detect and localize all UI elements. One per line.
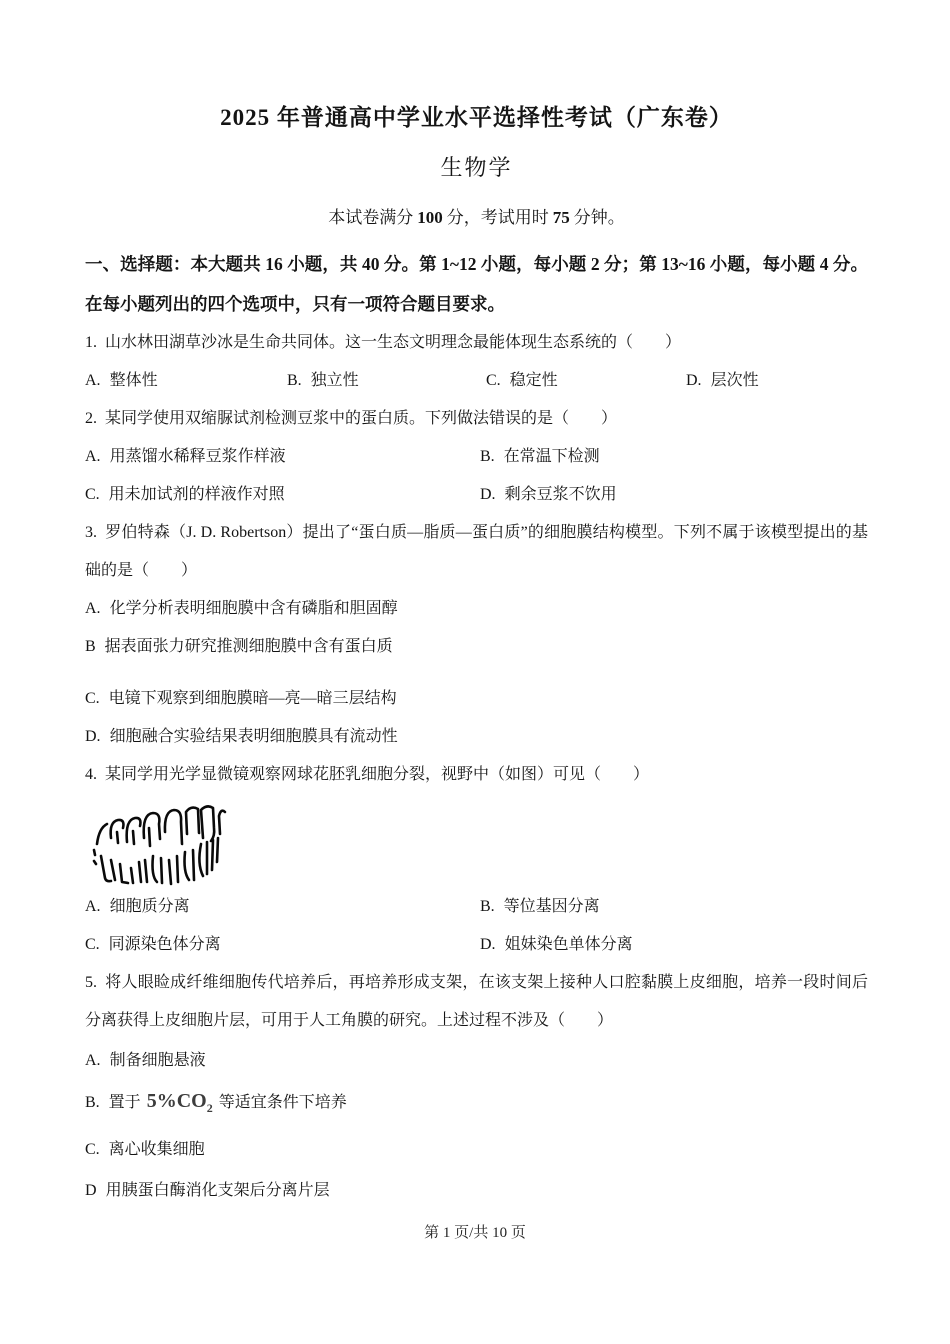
option-d: D.姐妹染色单体分离 [480,926,868,964]
option-d: D.细胞融合实验结果表明细胞膜具有流动性 [85,718,868,756]
option-c: C.同源染色体分离 [85,926,480,964]
question-1-stem: 1.山水林田湖草沙冰是生命共同体。这一生态文明理念最能体现生态系统的（ ） [85,324,868,362]
option-text: 独立性 [311,372,359,389]
section-header: 一、选择题：本大题共 16 小题，共 40 分。第 1~12 小题，每小题 2 … [85,244,868,324]
option-label: C. [85,486,100,503]
question-number: 4. [85,766,97,783]
option-label: C. [85,690,100,707]
option-text: 姐妹染色单体分离 [505,936,633,953]
question-3: 3.罗伯特森（J. D. Robertson）提出了“蛋白质—脂质—蛋白质”的细… [85,514,868,756]
option-d: D用胰蛋白酶消化支架后分离片层 [85,1170,868,1211]
exam-info-prefix: 本试卷满分 [328,208,413,227]
question-1: 1.山水林田湖草沙冰是生命共同体。这一生态文明理念最能体现生态系统的（ ） A.… [85,324,868,400]
option-label: C. [486,372,501,389]
option-text: 在常温下检测 [504,448,600,465]
option-label: B. [85,1094,100,1111]
question-number: 2. [85,410,97,427]
option-text: 电镜下观察到细胞膜暗—亮—暗三层结构 [109,690,397,707]
option-label: A. [85,448,101,465]
page-content: 2025 年普通高中学业水平选择性考试（广东卷） 生物学 本试卷满分100分，考… [85,96,868,1211]
option-a: A.制备细胞悬液 [85,1040,868,1081]
question-2-options: A.用蒸馏水稀释豆浆作样液 B.在常温下检测 C.用未加试剂的样液作对照 D.剩… [85,438,868,514]
question-5: 5.将人眼睑成纤维细胞传代培养后，再培养形成支架，在该支架上接种人口腔黏膜上皮细… [85,964,868,1211]
option-text: 化学分析表明细胞膜中含有磷脂和胆固醇 [110,600,398,617]
option-b: B.置于 5%CO2 等适宜条件下培养 [85,1081,868,1129]
option-label: A. [85,1052,101,1069]
exam-info-middle: 分，考试用时 [447,208,549,227]
question-3-stem: 3.罗伯特森（J. D. Robertson）提出了“蛋白质—脂质—蛋白质”的细… [85,514,868,590]
option-c: C.稳定性 [486,362,686,400]
option-text: 细胞质分离 [110,898,190,915]
chromosome-sketch-svg [87,798,227,886]
option-a: A.用蒸馏水稀释豆浆作样液 [85,438,480,476]
option-b: B据表面张力研究推测细胞膜中含有蛋白质 [85,628,868,666]
page-subtitle: 生物学 [85,146,868,190]
question-number: 5. [85,974,97,991]
question-number: 1. [85,334,97,351]
option-text-post: 等适宜条件下培养 [219,1094,347,1111]
option-label: B. [480,898,495,915]
option-label: B. [287,372,302,389]
option-text: 制备细胞悬液 [110,1052,206,1069]
question-stem-text: 某同学使用双缩脲试剂检测豆浆中的蛋白质。下列做法错误的是（ ） [105,410,617,427]
question-4: 4.某同学用光学显微镜观察网球花胚乳细胞分裂，视野中（如图）可见（ ） [85,756,868,964]
question-1-options: A.整体性 B.独立性 C.稳定性 D.层次性 [85,362,868,400]
option-text: 细胞融合实验结果表明细胞膜具有流动性 [110,728,398,745]
option-label: D. [686,372,702,389]
option-label: A. [85,600,101,617]
question-4-stem: 4.某同学用光学显微镜观察网球花胚乳细胞分裂，视野中（如图）可见（ ） [85,756,868,794]
question-number: 3. [85,524,97,541]
option-a: A.细胞质分离 [85,888,480,926]
formula-subscript: 2 [207,1101,213,1115]
option-c: C.用未加试剂的样液作对照 [85,476,480,514]
exam-info: 本试卷满分100分，考试用时75分钟。 [85,200,868,236]
co2-formula: 5%CO2 [145,1090,215,1112]
option-text: 用胰蛋白酶消化支架后分离片层 [106,1182,330,1199]
option-label: A. [85,898,101,915]
option-label: D [85,1182,97,1199]
question-stem-text: 山水林田湖草沙冰是生命共同体。这一生态文明理念最能体现生态系统的（ ） [105,334,681,351]
chromosome-sketch-figure [87,798,227,886]
exam-full-score: 100 [413,208,447,227]
question-2-stem: 2.某同学使用双缩脲试剂检测豆浆中的蛋白质。下列做法错误的是（ ） [85,400,868,438]
page-title: 2025 年普通高中学业水平选择性考试（广东卷） [85,96,868,140]
option-text: 等位基因分离 [504,898,600,915]
option-d: D.剩余豆浆不饮用 [480,476,868,514]
option-text: 稳定性 [510,372,558,389]
option-text: 离心收集细胞 [109,1141,205,1158]
question-stem-text: 某同学用光学显微镜观察网球花胚乳细胞分裂，视野中（如图）可见（ ） [105,766,649,783]
option-b: B.独立性 [287,362,486,400]
option-label: D. [480,936,496,953]
option-text: 用蒸馏水稀释豆浆作样液 [110,448,286,465]
option-a: A.整体性 [85,362,287,400]
option-label: B. [480,448,495,465]
option-label: D. [480,486,496,503]
exam-info-suffix: 分钟。 [574,208,625,227]
option-label: D. [85,728,101,745]
question-4-options: A.细胞质分离 B.等位基因分离 C.同源染色体分离 D.姐妹染色单体分离 [85,888,868,964]
option-b: B.等位基因分离 [480,888,868,926]
option-label: C. [85,1141,100,1158]
question-5-options: A.制备细胞悬液 B.置于 5%CO2 等适宜条件下培养 C.离心收集细胞 D用… [85,1040,868,1211]
option-text: 同源染色体分离 [109,936,221,953]
option-text: 用未加试剂的样液作对照 [109,486,285,503]
footer-page-indicator: 第 1 页/共 10 页 [0,1216,950,1250]
question-stem-text: 将人眼睑成纤维细胞传代培养后，再培养形成支架，在该支架上接种人口腔黏膜上皮细胞，… [85,974,868,1029]
option-a: A.化学分析表明细胞膜中含有磷脂和胆固醇 [85,590,868,628]
option-text: 据表面张力研究推测细胞膜中含有蛋白质 [105,638,393,655]
option-label: B [85,638,96,655]
formula-main: 5%CO [147,1090,207,1112]
question-5-stem: 5.将人眼睑成纤维细胞传代培养后，再培养形成支架，在该支架上接种人口腔黏膜上皮细… [85,964,868,1040]
option-label: C. [85,936,100,953]
exam-paper-page: 2025 年普通高中学业水平选择性考试（广东卷） 生物学 本试卷满分100分，考… [0,0,950,1344]
option-text: 层次性 [711,372,759,389]
exam-duration: 75 [549,208,574,227]
question-stem-text: 罗伯特森（J. D. Robertson）提出了“蛋白质—脂质—蛋白质”的细胞膜… [85,524,868,579]
question-3-options: A.化学分析表明细胞膜中含有磷脂和胆固醇 B据表面张力研究推测细胞膜中含有蛋白质… [85,590,868,756]
option-c: C.电镜下观察到细胞膜暗—亮—暗三层结构 [85,680,868,718]
option-d: D.层次性 [686,362,868,400]
option-b: B.在常温下检测 [480,438,868,476]
option-text: 剩余豆浆不饮用 [505,486,617,503]
option-c: C.离心收集细胞 [85,1129,868,1170]
option-text: 整体性 [110,372,158,389]
option-text-pre: 置于 [109,1094,141,1111]
option-label: A. [85,372,101,389]
question-2: 2.某同学使用双缩脲试剂检测豆浆中的蛋白质。下列做法错误的是（ ） A.用蒸馏水… [85,400,868,514]
